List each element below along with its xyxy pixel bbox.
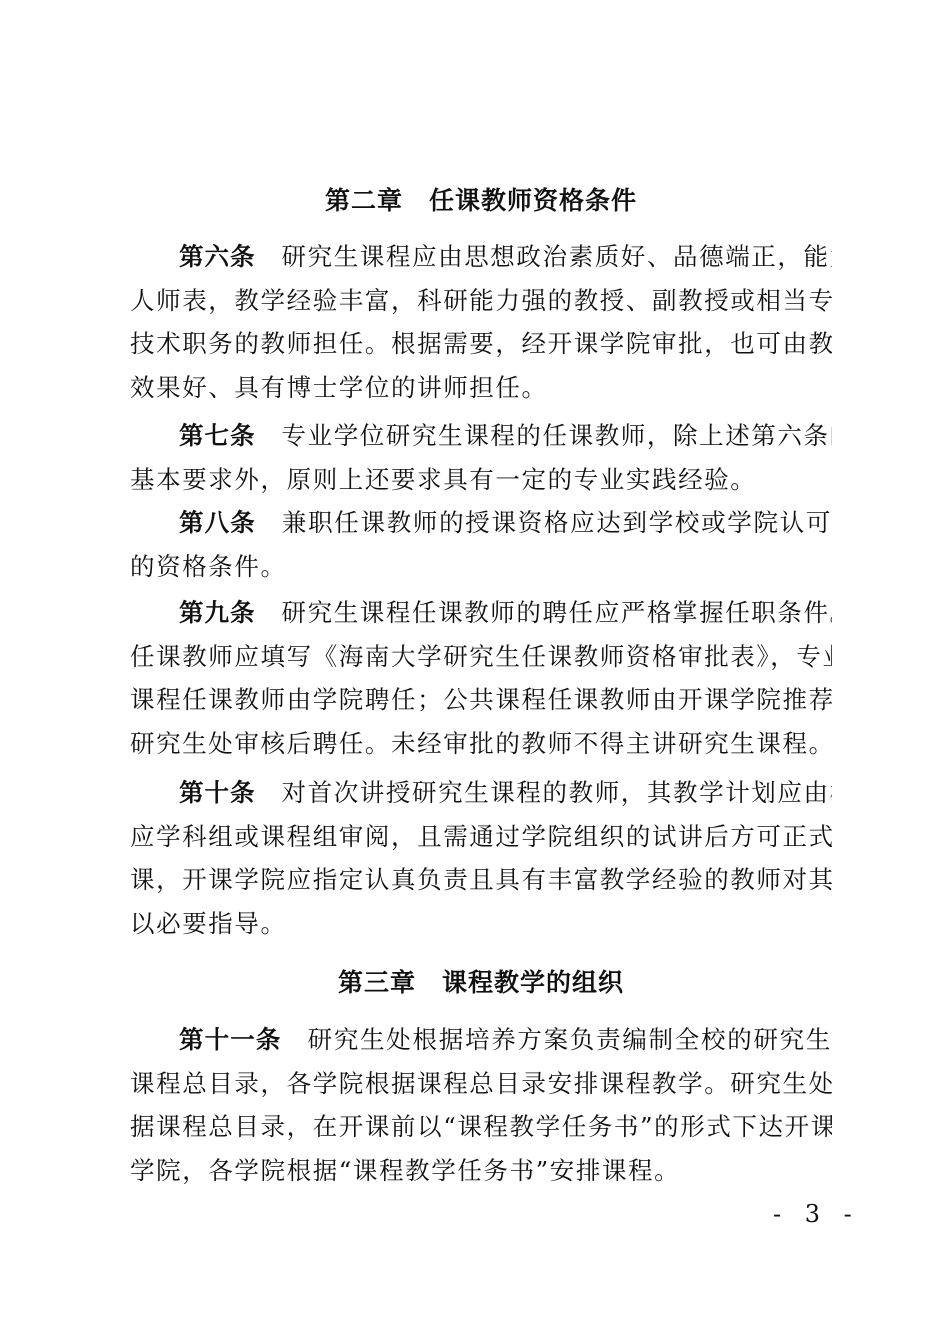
article-label: 第十条: [179, 778, 256, 807]
article-7: 第七条专业学位研究生课程的任课教师，除上述第六条的 基本要求外，原则上还要求具有…: [130, 414, 832, 501]
article-6: 第六条研究生课程应由思想政治素质好、品德端正，能为 人师表，教学经验丰富，科研能…: [130, 235, 832, 409]
article-8: 第八条兼职任课教师的授课资格应达到学校或学院认可 的资格条件。: [130, 501, 832, 588]
chapter-heading-3: 第三章课程教学的组织: [130, 968, 832, 998]
article-label: 第八条: [179, 508, 256, 537]
chapter-label: 第三章: [338, 968, 416, 997]
article-text-line: 研究生处根据培养方案负责编制全校的研究生: [308, 1025, 833, 1054]
article-text-line: 的资格条件。: [130, 545, 832, 589]
article-text-line: 研究生课程应由思想政治素质好、品德端正，能为: [282, 242, 833, 271]
article-label: 第六条: [179, 242, 256, 271]
article-text-line: 以必要指导。: [130, 902, 832, 946]
article-text-line: 应学科组或课程组审阅，且需通过学院组织的试讲后方可正式授: [130, 815, 832, 859]
article-text-line: 课，开课学院应指定认真负责且具有丰富教学经验的教师对其予: [130, 858, 832, 902]
article-text-line: 对首次讲授研究生课程的教师，其教学计划应由相: [282, 778, 833, 807]
article-text-line: 专业学位研究生课程的任课教师，除上述第六条的: [282, 421, 833, 450]
article-text-line: 兼职任课教师的授课资格应达到学校或学院认可: [282, 508, 832, 537]
article-label: 第九条: [179, 598, 256, 627]
article-text-line: 据课程总目录，在开课前以“课程教学任务书”的形式下达开课: [130, 1105, 832, 1149]
chapter-title: 任课教师资格条件: [429, 186, 637, 215]
article-text-line: 效果好、具有博士学位的讲师担任。: [130, 366, 832, 410]
article-10: 第十条对首次讲授研究生课程的教师，其教学计划应由相 应学科组或课程组审阅，且需通…: [130, 771, 832, 945]
article-text-line: 课程任课教师由学院聘任；公共课程任课教师由开课学院推荐，: [130, 678, 832, 722]
article-label: 第十一条: [179, 1025, 282, 1054]
article-9: 第九条研究生课程任课教师的聘任应严格掌握任职条件。 任课教师应填写《海南大学研究…: [130, 591, 832, 765]
article-text-line: 课程总目录，各学院根据课程总目录安排课程教学。研究生处依: [130, 1062, 832, 1106]
article-text-line: 技术职务的教师担任。根据需要，经开课学院审批，也可由教学: [130, 322, 832, 366]
article-text-line: 学院，各学院根据“课程教学任务书”安排课程。: [130, 1149, 832, 1193]
article-text-line: 基本要求外，原则上还要求具有一定的专业实践经验。: [130, 458, 832, 502]
chapter-title: 课程教学的组织: [442, 968, 624, 997]
chapter-label: 第二章: [325, 186, 403, 215]
article-text-line: 研究生处审核后聘任。未经审批的教师不得主讲研究生课程。: [130, 722, 832, 766]
article-text-line: 任课教师应填写《海南大学研究生任课教师资格审批表》，专业: [130, 635, 832, 679]
page-number: - 3 -: [773, 1200, 860, 1228]
article-text-line: 人师表，教学经验丰富，科研能力强的教授、副教授或相当专业: [130, 279, 832, 323]
chapter-heading-2: 第二章任课教师资格条件: [130, 186, 832, 216]
article-label: 第七条: [179, 421, 256, 450]
article-text-line: 研究生课程任课教师的聘任应严格掌握任职条件。: [282, 598, 833, 627]
article-11: 第十一条研究生处根据培养方案负责编制全校的研究生 课程总目录，各学院根据课程总目…: [130, 1018, 832, 1192]
